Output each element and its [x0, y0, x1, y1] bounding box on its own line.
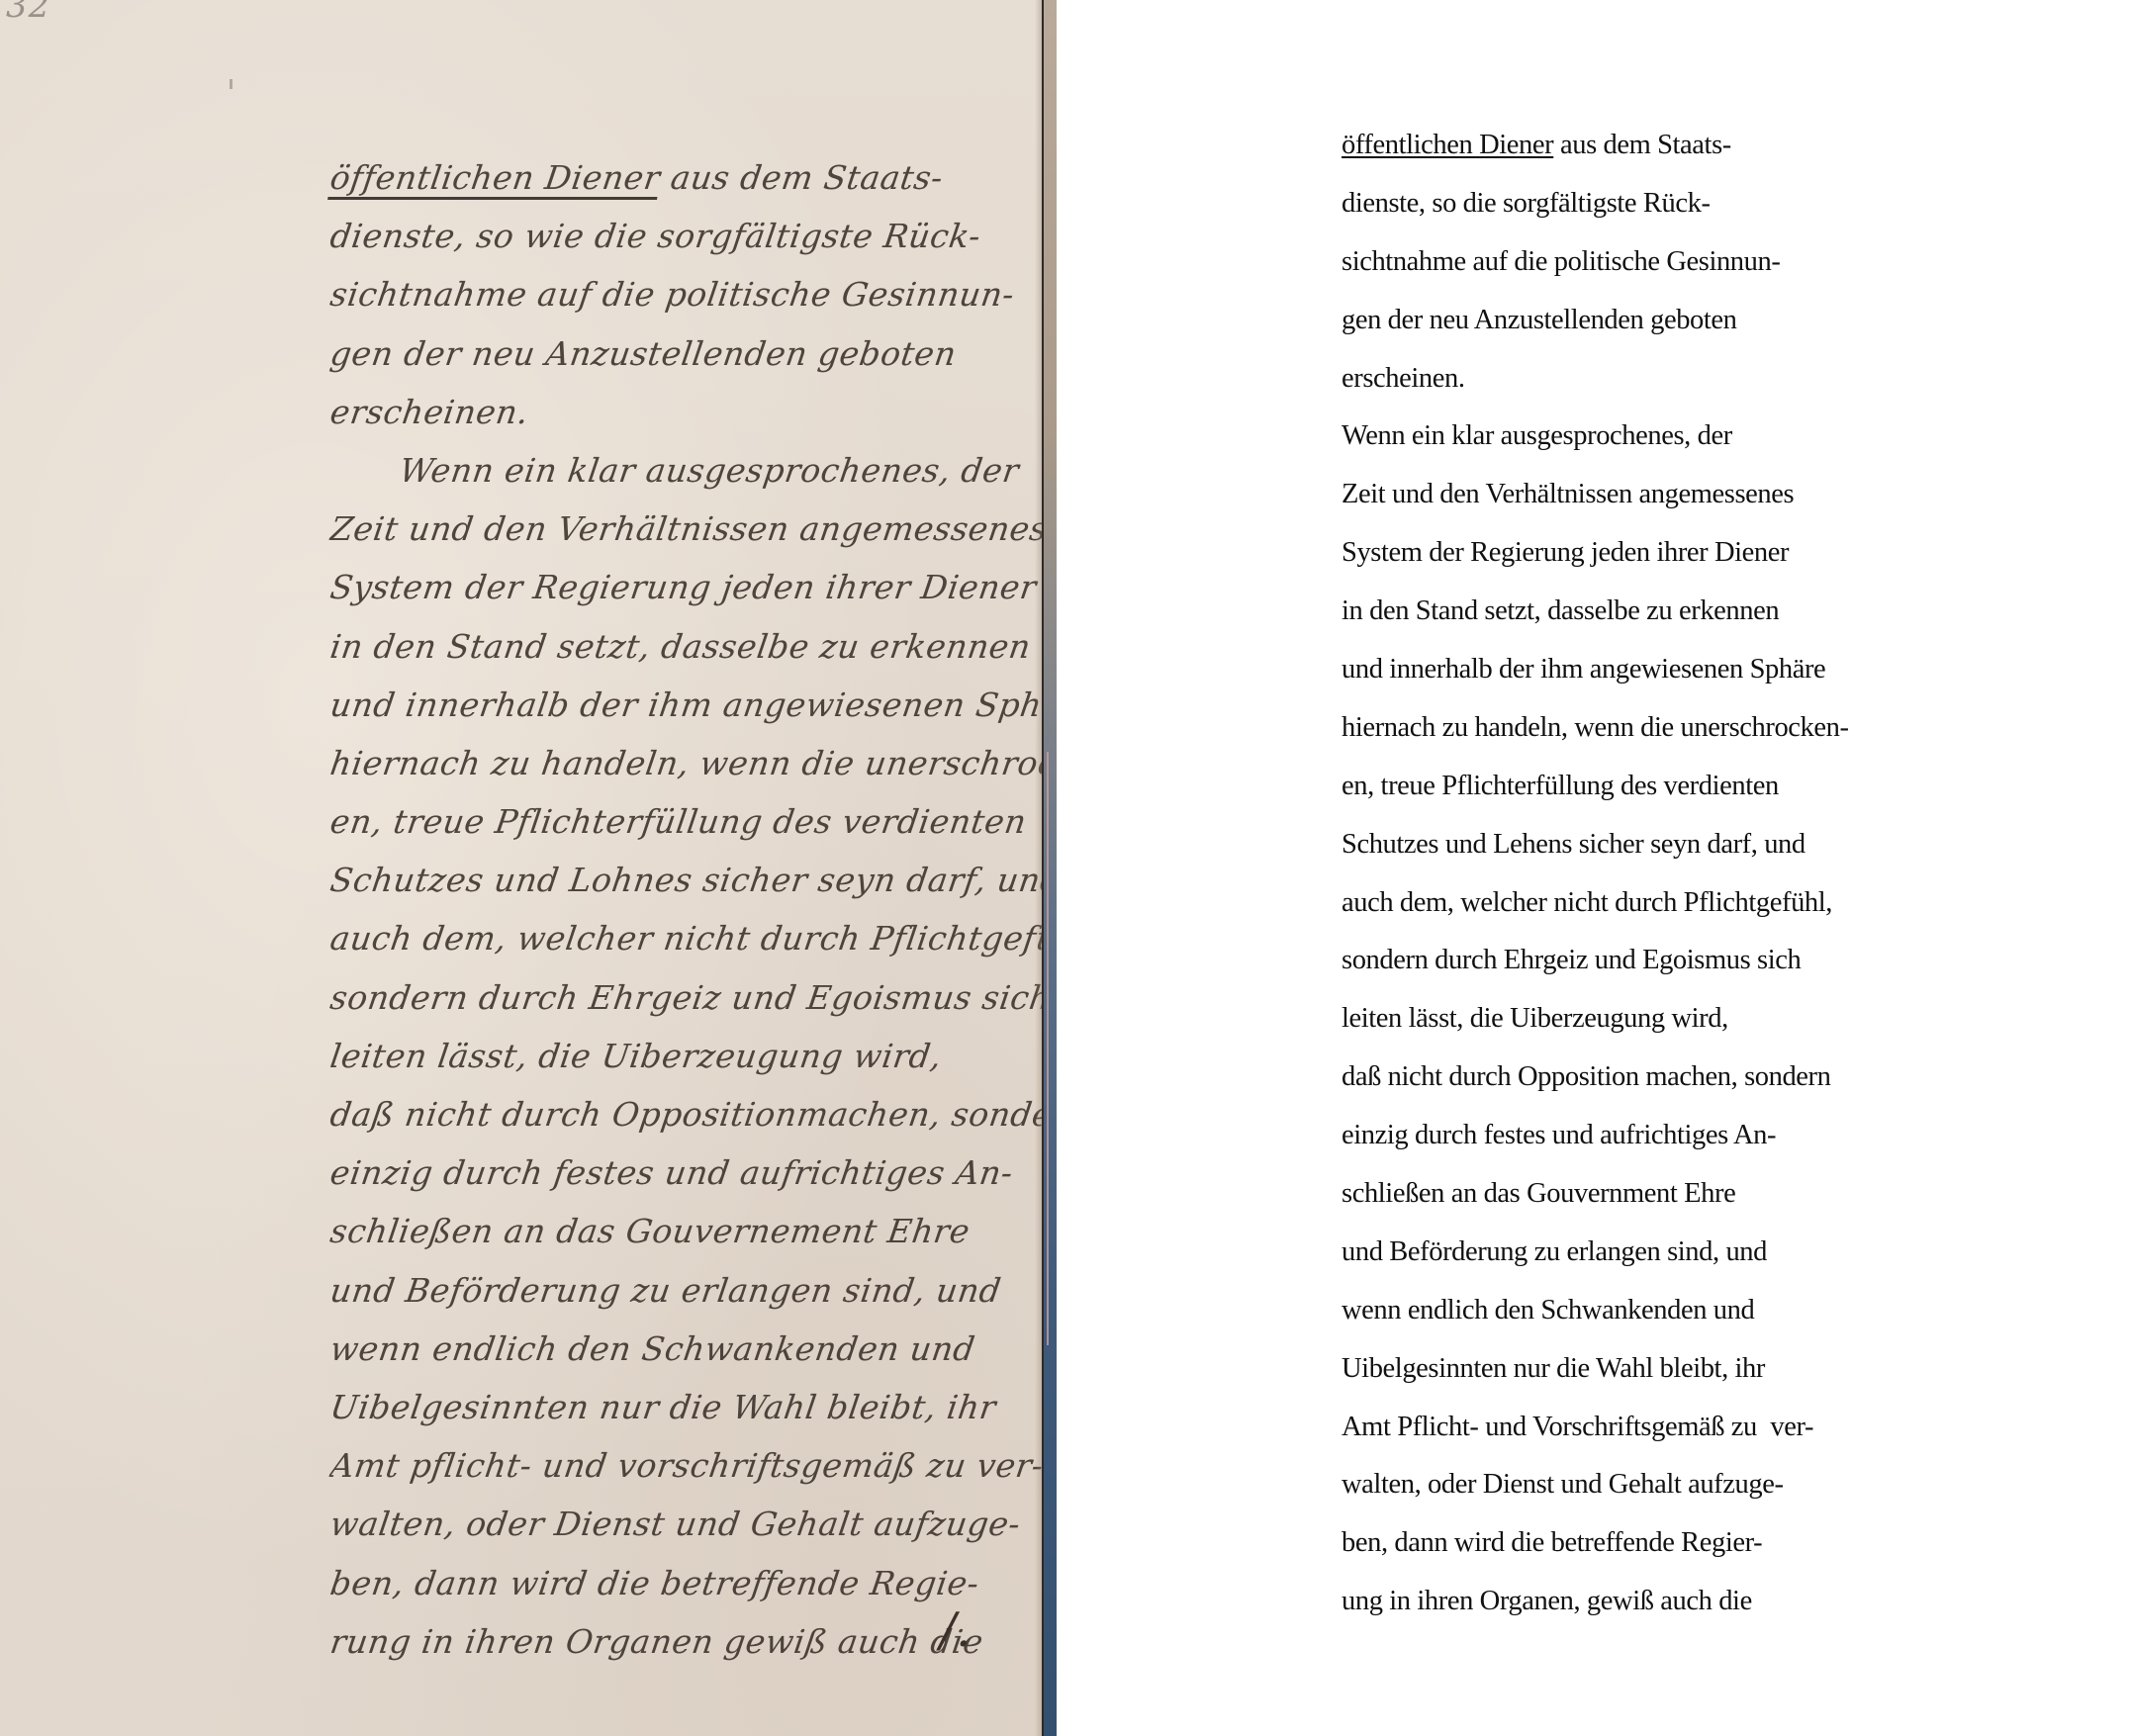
transcription-line: daß nicht durch Opposition machen, sonde… — [1342, 1049, 2034, 1107]
binding-thread — [1047, 752, 1049, 1345]
manuscript-line: Uibelgesinnten nur die Wahl bleibt, ihr — [326, 1378, 1047, 1436]
transcription-line: System der Regierung jeden ihrer Diener — [1342, 524, 2034, 583]
transcription-line: und Beförderung zu erlangen sind, und — [1342, 1224, 2034, 1282]
transcription-line: in den Stand setzt, dasselbe zu erkennen — [1342, 583, 2034, 641]
manuscript-line: Zeit und den Verhältnissen angemessenes — [326, 500, 1047, 558]
transcription-line: erscheinen. — [1342, 350, 2034, 409]
transcription-line: sondern durch Ehrgeiz und Egoismus sich — [1342, 932, 2034, 990]
paper-speck — [230, 79, 232, 89]
manuscript-handwriting: öffentlichen Diener aus dem Staats-diens… — [326, 148, 1039, 1671]
transcription-line: schließen an das Gouvernment Ehre — [1342, 1165, 2034, 1224]
manuscript-line: schließen an das Gouvernement Ehre — [326, 1202, 1047, 1260]
line-text: walten, oder Dienst und Gehalt aufzuge- — [1342, 1469, 1784, 1500]
line-text: aus dem Staats- — [1553, 130, 1731, 160]
transcription-line: Uibelgesinnten nur die Wahl bleibt, ihr — [1342, 1340, 2034, 1399]
manuscript-line: walten, oder Dienst und Gehalt aufzuge- — [326, 1495, 1047, 1553]
line-text: Amt pflicht- und vorschriftsgemäß zu ver… — [327, 1446, 1046, 1485]
line-text: sondern durch Ehrgeiz und Egoismus sich — [1342, 945, 1801, 975]
line-text: sondern durch Ehrgeiz und Egoismus sich — [327, 978, 1047, 1017]
line-text: ben, dann wird die betreffende Regie- — [327, 1564, 981, 1602]
transcription-line: hiernach zu handeln, wenn die unerschroc… — [1342, 699, 2034, 758]
line-text: dienste, so die sorgfältigste Rück- — [1342, 188, 1711, 219]
transcription-line: ben, dann wird die betreffende Regier- — [1342, 1514, 2034, 1573]
line-text: System der Regierung jeden ihrer Diener — [327, 568, 1039, 606]
line-text: ung in ihren Organen, gewiß auch die — [1342, 1586, 1752, 1616]
transcription-line: Zeit und den Verhältnissen angemessenes — [1342, 466, 2034, 524]
line-text: hiernach zu handeln, wenn die unerschroc… — [1342, 712, 1849, 743]
line-text: aus dem Staats- — [657, 158, 945, 197]
line-text: ben, dann wird die betreffende Regier- — [1342, 1527, 1762, 1558]
line-text: in den Stand setzt, dasselbe zu erkennen — [1342, 595, 1779, 626]
line-text: en, treue Pflichterfüllung des verdiente… — [327, 802, 1029, 841]
line-text: Schutzes und Lehens sicher seyn darf, un… — [1342, 829, 1806, 860]
line-text: hiernach zu handeln, wenn die unerschroc… — [327, 744, 1047, 782]
line-text: Amt Pflicht- und Vorschriftsgemäß zu ver… — [1342, 1412, 1813, 1442]
closing-mark: /. — [940, 1602, 971, 1658]
transcription-line: Wenn ein klar ausgesprochenes, der — [1342, 408, 2034, 466]
transcription-line: wenn endlich den Schwankenden und — [1342, 1282, 2034, 1340]
manuscript-line: Wenn ein klar ausgesprochenes, der — [326, 441, 1047, 500]
line-text: schließen an das Gouvernment Ehre — [1342, 1178, 1735, 1209]
line-text: Wenn ein klar ausgesprochenes, der — [397, 451, 1021, 490]
transcription-line: walten, oder Dienst und Gehalt aufzuge- — [1342, 1456, 2034, 1514]
line-text: walten, oder Dienst und Gehalt aufzuge- — [327, 1505, 1023, 1543]
line-text: leiten lässt, die Uiberzeugung wird, — [1342, 1003, 1728, 1034]
line-text: System der Regierung jeden ihrer Diener — [1342, 537, 1789, 568]
underlined-phrase: öffentlichen Diener — [1342, 130, 1553, 160]
transcription-line: en, treue Pflichterfüllung des verdiente… — [1342, 758, 2034, 816]
line-text: en, treue Pflichterfüllung des verdiente… — [1342, 771, 1779, 801]
manuscript-line: öffentlichen Diener aus dem Staats- — [326, 148, 1047, 207]
line-text: und innerhalb der ihm angewiesenen Sphär… — [1342, 654, 1825, 685]
transcription-line: auch dem, welcher nicht durch Pflichtgef… — [1342, 874, 2034, 933]
manuscript-line: auch dem, welcher nicht durch Pflichtgef… — [326, 909, 1047, 967]
transcription-line: einzig durch festes und aufrichtiges An- — [1342, 1107, 2034, 1165]
manuscript-line: Schutzes und Lohnes sicher seyn darf, un… — [326, 851, 1047, 909]
line-text: sichtnahme auf die politische Gesinnun- — [327, 275, 1016, 314]
line-text: Uibelgesinnten nur die Wahl bleibt, ihr — [327, 1388, 998, 1426]
manuscript-line: und innerhalb der ihm angewiesenen Sphär… — [326, 676, 1047, 734]
manuscript-line: gen der neu Anzustellenden geboten — [326, 324, 1047, 383]
line-text: und innerhalb der ihm angewiesenen Sphär… — [327, 685, 1047, 724]
line-text: Zeit und den Verhältnissen angemessenes — [1342, 479, 1794, 509]
manuscript-line: hiernach zu handeln, wenn die unerschroc… — [326, 734, 1047, 792]
transcription-line: gen der neu Anzustellenden geboten — [1342, 292, 2034, 350]
line-text: einzig durch festes und aufrichtiges An- — [1342, 1120, 1776, 1150]
line-text: und Beförderung zu erlangen sind, und — [327, 1271, 1003, 1310]
line-text: gen der neu Anzustellenden geboten — [1342, 305, 1737, 335]
transcription-text: öffentlichen Diener aus dem Staats-diens… — [1342, 117, 2034, 1631]
manuscript-line: sondern durch Ehrgeiz und Egoismus sich — [326, 968, 1047, 1027]
line-text: daß nicht durch Oppositionmachen, sonder… — [327, 1095, 1047, 1134]
line-text: sichtnahme auf die politische Gesinnun- — [1342, 246, 1780, 277]
manuscript-line: leiten lässt, die Uiberzeugung wird, — [326, 1027, 1047, 1085]
page-number: 32 — [6, 0, 50, 26]
line-text: und Beförderung zu erlangen sind, und — [1342, 1236, 1767, 1267]
manuscript-line: dienste, so wie die sorgfältigste Rück- — [326, 207, 1047, 265]
manuscript-line: in den Stand setzt, dasselbe zu erkennen — [326, 617, 1047, 676]
manuscript-line: einzig durch festes und aufrichtiges An- — [326, 1143, 1047, 1202]
line-text: Zeit und den Verhältnissen angemessenes — [327, 509, 1047, 548]
transcription-line: sichtnahme auf die politische Gesinnun- — [1342, 233, 2034, 292]
transcription-line: und innerhalb der ihm angewiesenen Sphär… — [1342, 641, 2034, 699]
transcription-line: Schutzes und Lehens sicher seyn darf, un… — [1342, 816, 2034, 874]
line-text: einzig durch festes und aufrichtiges An- — [327, 1153, 1015, 1192]
line-text: erscheinen. — [327, 393, 531, 431]
line-text: dienste, so wie die sorgfältigste Rück- — [327, 217, 982, 255]
line-text: erscheinen. — [1342, 363, 1465, 394]
transcription-line: leiten lässt, die Uiberzeugung wird, — [1342, 990, 2034, 1049]
transcription-line: Amt Pflicht- und Vorschriftsgemäß zu ver… — [1342, 1399, 2034, 1457]
line-text: in den Stand setzt, dasselbe zu erkennen — [327, 627, 1033, 666]
line-text: rung in ihren Organen gewiß auch die — [327, 1622, 985, 1661]
line-text: auch dem, welcher nicht durch Pflichtgef… — [327, 919, 1047, 958]
manuscript-line: erscheinen. — [326, 383, 1047, 441]
manuscript-line: System der Regierung jeden ihrer Diener — [326, 558, 1047, 616]
line-text: wenn endlich den Schwankenden und — [327, 1329, 977, 1368]
transcription-line: öffentlichen Diener aus dem Staats- — [1342, 117, 2034, 175]
manuscript-line: en, treue Pflichterfüllung des verdiente… — [326, 792, 1047, 851]
line-text: schließen an das Gouvernement Ehre — [327, 1212, 972, 1250]
line-text: leiten lässt, die Uiberzeugung wird, — [327, 1037, 944, 1075]
manuscript-line: sichtnahme auf die politische Gesinnun- — [326, 265, 1047, 323]
book-binding — [1042, 0, 1057, 1736]
manuscript-line: Amt pflicht- und vorschriftsgemäß zu ver… — [326, 1436, 1047, 1495]
manuscript-line: wenn endlich den Schwankenden und — [326, 1320, 1047, 1378]
line-text: daß nicht durch Opposition machen, sonde… — [1342, 1061, 1831, 1092]
manuscript-line: daß nicht durch Oppositionmachen, sonder… — [326, 1085, 1047, 1143]
manuscript-scan: 32 öffentlichen Diener aus dem Staats-di… — [0, 0, 1057, 1736]
manuscript-line: und Beförderung zu erlangen sind, und — [326, 1261, 1047, 1320]
line-text: gen der neu Anzustellenden geboten — [327, 334, 959, 373]
line-text: wenn endlich den Schwankenden und — [1342, 1295, 1754, 1325]
line-text: Schutzes und Lohnes sicher seyn darf, un… — [327, 861, 1047, 899]
line-text: Uibelgesinnten nur die Wahl bleibt, ihr — [1342, 1353, 1765, 1384]
line-text: Wenn ein klar ausgesprochenes, der — [1342, 420, 1732, 451]
line-text: auch dem, welcher nicht durch Pflichtgef… — [1342, 887, 1832, 918]
transcription-line: dienste, so die sorgfältigste Rück- — [1342, 175, 2034, 233]
underlined-phrase: öffentlichen Diener — [327, 158, 663, 200]
transcription-line: ung in ihren Organen, gewiß auch die — [1342, 1573, 2034, 1631]
